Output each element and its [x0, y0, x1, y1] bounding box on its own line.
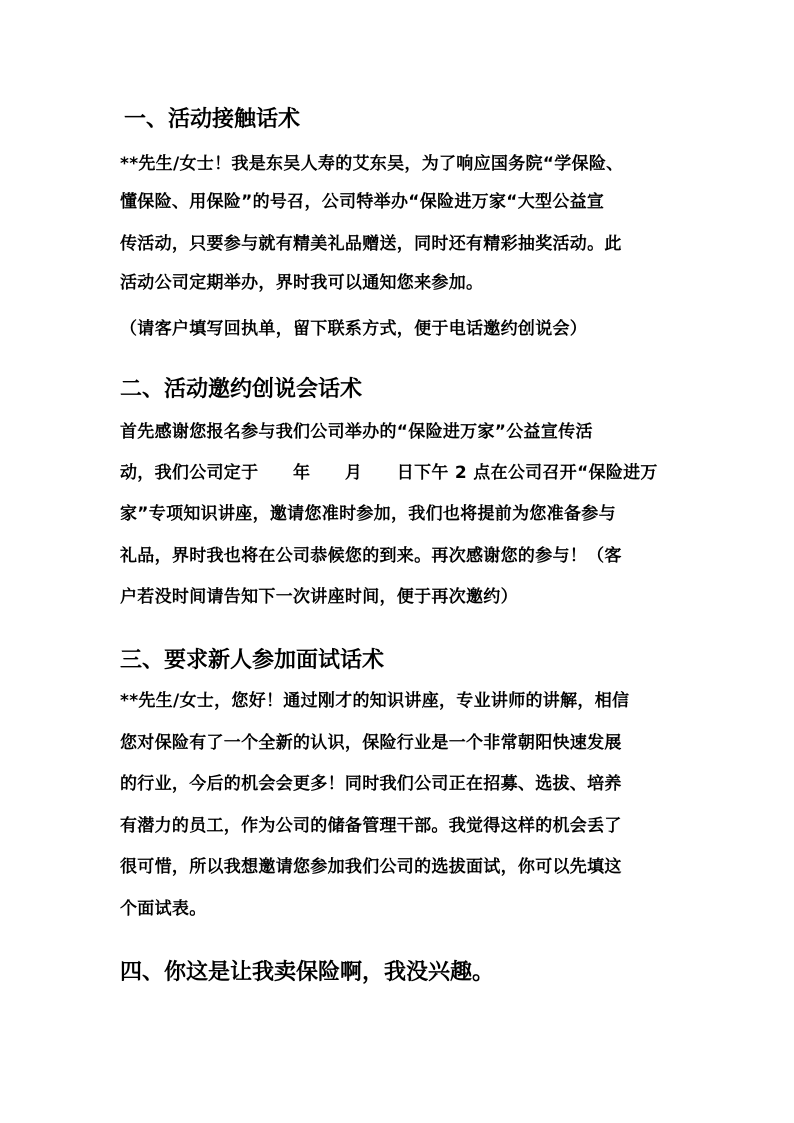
section-1-heading: 一、活动接触话术: [124, 102, 300, 133]
section-2-line: 户若没时间请告知下一次讲座时间，便于再次邀约）: [120, 582, 518, 607]
section-3-heading: 三、要求新人参加面试话术: [120, 643, 384, 674]
document-page: 一、活动接触话术 **先生/女士！我是东吴人寿的艾东吴，为了响应国务院“学保险、…: [0, 0, 794, 1123]
section-2-line: 动，我们公司定于 年 月 日下午 2 点在公司召开“保险进万: [120, 458, 658, 483]
section-4-heading: 四、你这是让我卖保险啊，我没兴趣。: [120, 955, 494, 986]
section-3-line: 您对保险有了一个全新的认识，保险行业是一个非常朝阳快速发展: [120, 728, 622, 753]
section-2-line: 首先感谢您报名参与我们公司举办的“保险进万家”公益宣传活: [120, 417, 593, 442]
section-1-note: （请客户填写回执单，留下联系方式，便于电话邀约创说会）: [120, 314, 587, 339]
section-2-heading: 二、活动邀约创说会话术: [120, 372, 362, 403]
section-3-line: 有潜力的员工，作为公司的储备管理干部。我觉得这样的机会丢了: [120, 811, 622, 836]
section-1-line: **先生/女士！我是东吴人寿的艾东吴，为了响应国务院“学保险、: [120, 149, 623, 174]
section-3-line: 很可惜，所以我想邀请您参加我们公司的选拔面试，你可以先填这: [120, 852, 622, 877]
section-2-line: 礼品，界时我也将在公司恭候您的到来。再次感谢您的参与！（客: [120, 541, 622, 566]
section-3-line: 个面试表。: [120, 894, 207, 919]
section-2-line: 家”专项知识讲座，邀请您准时参加，我们也将提前为您准备参与: [120, 499, 616, 524]
section-3-line: 的行业，今后的机会会更多！同时我们公司正在招募、选拔、培养: [120, 769, 622, 794]
section-1-line: 懂保险、用保险”的号召，公司特举办“保险进万家“大型公益宣: [120, 187, 604, 212]
section-3-line: **先生/女士，您好！通过刚才的知识讲座，专业讲师的讲解，相信: [120, 686, 629, 711]
section-1-line: 活动公司定期举办，界时我可以通知您来参加。: [120, 268, 483, 293]
section-1-line: 传活动，只要参与就有精美礼品赠送，同时还有精彩抽奖活动。此: [120, 229, 622, 254]
